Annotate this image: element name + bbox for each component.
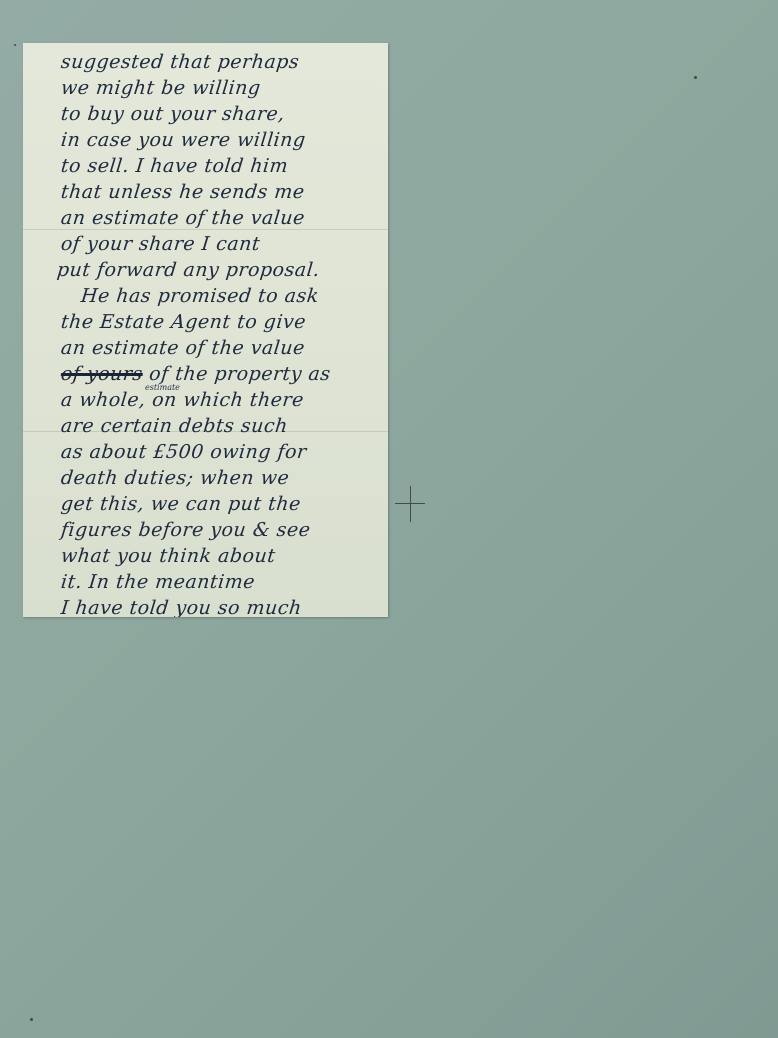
text-line: death duties; when we	[60, 465, 380, 491]
text-line: to sell. I have told him	[60, 153, 380, 179]
text-line: an estimate of the value	[60, 335, 380, 361]
text-line: it. In the meantime	[60, 569, 380, 595]
text-line: that unless he sends me	[60, 179, 380, 205]
text-line: He has promised to ask	[60, 283, 380, 309]
dust-speck	[694, 76, 697, 79]
text-line: figures before you & see	[60, 517, 380, 543]
text-line: to buy out your share,	[60, 101, 380, 127]
dust-speck	[30, 1018, 33, 1021]
text-line: in case you were willing	[60, 127, 380, 153]
text-line: of your share I cant	[60, 231, 380, 257]
text-line: what you think about	[60, 543, 380, 569]
text-line-with-strikethrough: of yours of the property as	[60, 361, 380, 387]
text-line: as about £500 owing for	[60, 439, 380, 465]
text-line: a whole, on which there	[60, 387, 380, 413]
text-line: an estimate of the value	[60, 205, 380, 231]
struck-out-text: of yours	[60, 363, 144, 385]
text-line: suggested that perhaps	[60, 49, 380, 75]
text-line: the Estate Agent to give	[60, 309, 380, 335]
interlinear-insertion: estimate	[145, 383, 180, 392]
scanner-crosshair-mark	[395, 486, 425, 526]
handwritten-text: suggested that perhaps we might be willi…	[61, 49, 378, 617]
letter-page: suggested that perhaps we might be willi…	[23, 43, 388, 617]
crosshair-vertical	[410, 486, 411, 522]
text-line: we might be willing	[60, 75, 380, 101]
text-line: are certain debts such	[60, 413, 380, 439]
dust-speck	[14, 44, 16, 46]
text-line: get this, we can put the	[60, 491, 380, 517]
text-line: of the property as	[148, 363, 332, 385]
text-line: put forward any proposal.	[56, 257, 380, 283]
text-line: I have told you so much	[60, 595, 380, 617]
